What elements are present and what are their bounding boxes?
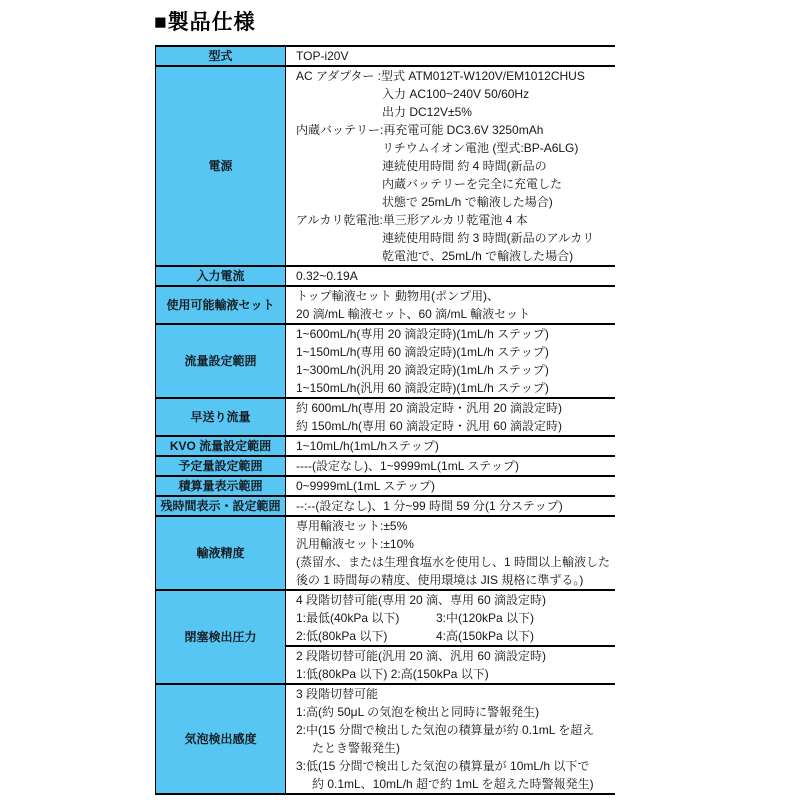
occlusion-section-dedicated: 4 段階切替可能(専用 20 滴、専用 60 滴設定時) 1:最低(40kPa … [286, 591, 615, 645]
spec-line: 約 600mL/h(専用 20 滴設定時・汎用 20 滴設定時) [296, 399, 615, 417]
row-value: 4 段階切替可能(専用 20 滴、専用 60 滴設定時) 1:最低(40kPa … [286, 591, 615, 683]
table-row-remaining-time: 残時間表示・設定範囲 --:--(設定なし)、1 分~99 時間 59 分(1 … [155, 497, 615, 517]
row-value: 3 段階切替可能 1:高(約 50μL の気泡を検出と同時に警報発生) 2:中(… [286, 685, 615, 793]
row-label: 早送り流量 [155, 399, 286, 435]
row-value: AC アダプター :型式 ATM012T-W120V/EM1012CHUS 入力… [286, 67, 615, 265]
row-value: トップ輸液セット 動物用(ポンプ用)、 20 滴/mL 輸液セット、60 滴/m… [286, 287, 615, 323]
spec-line: 連続使用時間 約 3 時間(新品のアルカリ [296, 229, 615, 247]
table-row-total-volume: 積算量表示範囲 0~9999mL(1mL ステップ) [155, 477, 615, 497]
spec-line: 入力 AC100~240V 50/60Hz [296, 85, 615, 103]
spec-line: 内蔵バッテリー:再充電可能 DC3.6V 3250mAh [296, 121, 615, 139]
row-label: 積算量表示範囲 [155, 477, 286, 495]
row-value: 専用輸液セット:±5% 汎用輸液セット:±10% (蒸留水、または生理食塩水を使… [286, 517, 615, 589]
row-label: 残時間表示・設定範囲 [155, 497, 286, 515]
spec-line: 連続使用時間 約 4 時間(新品の [296, 157, 615, 175]
row-value: 1~10mL/h(1mL/hステップ) [286, 437, 615, 455]
row-label: 気泡検出感度 [155, 685, 286, 793]
spec-line: (蒸留水、または生理食塩水を使用し、1 時間以上輸液した [296, 553, 615, 571]
row-value: --:--(設定なし)、1 分~99 時間 59 分(1 分ステップ) [286, 497, 615, 515]
row-label: 入力電流 [155, 267, 286, 285]
spec-line: 1:高(約 50μL の気泡を検出と同時に警報発生) [296, 703, 615, 721]
spec-line: 乾電池で、25mL/h で輸液した場合) [296, 247, 615, 265]
row-label: 使用可能輸液セット [155, 287, 286, 323]
spec-line: 出力 DC12V±5% [296, 103, 615, 121]
spec-line: 1:最低(40kPa 以下)3:中(120kPa 以下) [296, 609, 615, 627]
row-label: 流量設定範囲 [155, 325, 286, 397]
spec-line: --:--(設定なし)、1 分~99 時間 59 分(1 分ステップ) [296, 497, 615, 515]
spec-line: 4 段階切替可能(専用 20 滴、専用 60 滴設定時) [296, 591, 615, 609]
table-row-model: 型式 TOP-i20V [155, 47, 615, 67]
spec-line: 1~150mL/h(汎用 60 滴設定時)(1mL/h ステップ) [296, 379, 615, 397]
row-value: TOP-i20V [286, 47, 615, 65]
spec-line: リチウムイオン電池 (型式:BP-A6LG) [296, 139, 615, 157]
row-label: 閉塞検出圧力 [155, 591, 286, 683]
product-spec-table: 型式 TOP-i20V 電源 AC アダプター :型式 ATM012T-W120… [155, 45, 615, 795]
table-row-occlusion-pressure: 閉塞検出圧力 4 段階切替可能(専用 20 滴、専用 60 滴設定時) 1:最低… [155, 591, 615, 685]
spec-line: 20 滴/mL 輸液セット、60 滴/mL 輸液セット [296, 305, 615, 323]
spec-line: 1~10mL/h(1mL/hステップ) [296, 437, 615, 455]
table-row-infusion-accuracy: 輸液精度 専用輸液セット:±5% 汎用輸液セット:±10% (蒸留水、または生理… [155, 517, 615, 591]
spec-line: アルカリ乾電池:単三形アルカリ乾電池 4 本 [296, 211, 615, 229]
row-label: 電源 [155, 67, 286, 265]
spec-line: 約 0.1mL、10mL/h 超で約 1mL を超えた時警報発生) [296, 775, 615, 793]
spec-line: 1~300mL/h(汎用 20 滴設定時)(1mL/h ステップ) [296, 361, 615, 379]
spec-line: 約 150mL/h(専用 60 滴設定時・汎用 60 滴設定時) [296, 417, 615, 435]
spec-line: 2 段階切替可能(汎用 20 滴、汎用 60 滴設定時) [296, 647, 615, 665]
spec-line: TOP-i20V [296, 47, 615, 65]
page-title: ■製品仕様 [154, 6, 256, 36]
row-label: KVO 流量設定範囲 [155, 437, 286, 455]
table-row-input-current: 入力電流 0.32~0.19A [155, 267, 615, 287]
spec-line: 3 段階切替可能 [296, 685, 615, 703]
spec-line: トップ輸液セット 動物用(ポンプ用)、 [296, 287, 615, 305]
row-value: ----(設定なし)、1~9999mL(1mL ステップ) [286, 457, 615, 475]
table-row-power: 電源 AC アダプター :型式 ATM012T-W120V/EM1012CHUS… [155, 67, 615, 267]
spec-line: 1:低(80kPa 以下) 2:高(150kPa 以下) [296, 665, 615, 683]
spec-line: 1~600mL/h(専用 20 滴設定時)(1mL/h ステップ) [296, 325, 615, 343]
row-value: 0~9999mL(1mL ステップ) [286, 477, 615, 495]
spec-line: 0~9999mL(1mL ステップ) [296, 477, 615, 495]
row-value: 約 600mL/h(専用 20 滴設定時・汎用 20 滴設定時) 約 150mL… [286, 399, 615, 435]
spec-line: 専用輸液セット:±5% [296, 517, 615, 535]
spec-line: 3:低(15 分間で検出した気泡の積算量が 10mL/h 以下で [296, 757, 615, 775]
spec-line: 2:低(80kPa 以下)4:高(150kPa 以下) [296, 627, 615, 645]
spec-line: ----(設定なし)、1~9999mL(1mL ステップ) [296, 457, 615, 475]
spec-line: AC アダプター :型式 ATM012T-W120V/EM1012CHUS [296, 67, 615, 85]
spec-line: 内蔵バッテリーを完全に充電した [296, 175, 615, 193]
table-row-flow-range: 流量設定範囲 1~600mL/h(専用 20 滴設定時)(1mL/h ステップ)… [155, 325, 615, 399]
occlusion-section-general: 2 段階切替可能(汎用 20 滴、汎用 60 滴設定時) 1:低(80kPa 以… [286, 645, 615, 683]
spec-line: たとき警報発生) [296, 739, 615, 757]
table-row-bubble-detection: 気泡検出感度 3 段階切替可能 1:高(約 50μL の気泡を検出と同時に警報発… [155, 685, 615, 795]
spec-line: 汎用輸液セット:±10% [296, 535, 615, 553]
spec-line: 1~150mL/h(専用 60 滴設定時)(1mL/h ステップ) [296, 343, 615, 361]
row-label: 型式 [155, 47, 286, 65]
spec-line: 後の 1 時間毎の精度、使用環境は JIS 規格に準ずる。) [296, 571, 615, 589]
table-row-target-volume: 予定量設定範囲 ----(設定なし)、1~9999mL(1mL ステップ) [155, 457, 615, 477]
spec-line: 2:中(15 分間で検出した気泡の積算量が約 0.1mL を超え [296, 721, 615, 739]
row-label: 輸液精度 [155, 517, 286, 589]
row-label: 予定量設定範囲 [155, 457, 286, 475]
table-row-kvo-range: KVO 流量設定範囲 1~10mL/h(1mL/hステップ) [155, 437, 615, 457]
table-row-usable-iv-sets: 使用可能輸液セット トップ輸液セット 動物用(ポンプ用)、 20 滴/mL 輸液… [155, 287, 615, 325]
row-value: 1~600mL/h(専用 20 滴設定時)(1mL/h ステップ) 1~150m… [286, 325, 615, 397]
spec-line: 状態で 25mL/h で輸液した場合) [296, 193, 615, 211]
table-row-fast-flow: 早送り流量 約 600mL/h(専用 20 滴設定時・汎用 20 滴設定時) 約… [155, 399, 615, 437]
spec-line: 0.32~0.19A [296, 267, 615, 285]
row-value: 0.32~0.19A [286, 267, 615, 285]
